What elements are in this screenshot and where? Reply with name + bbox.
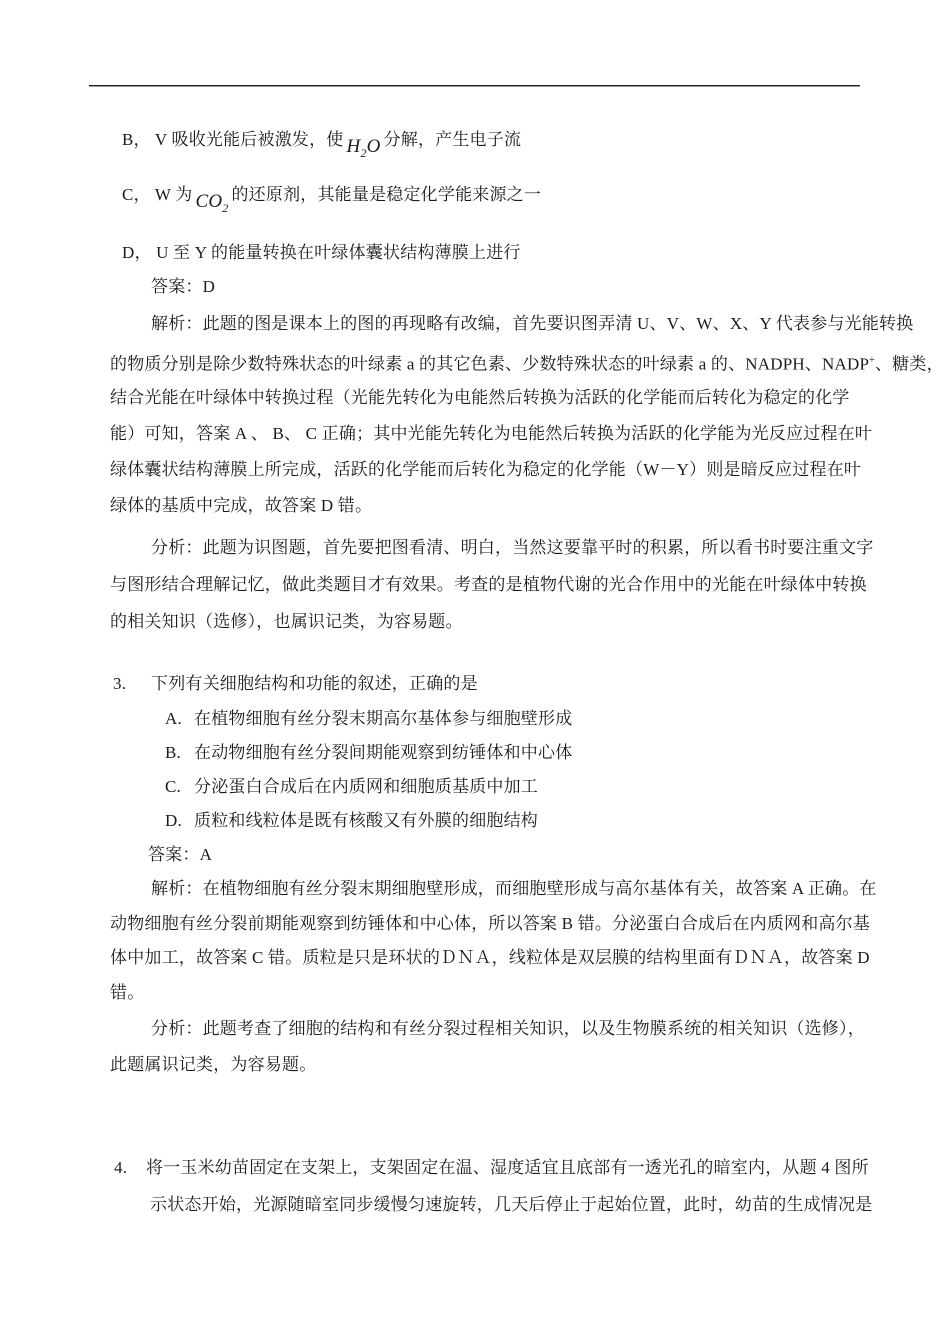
- analysis-text: 解析：在植物细胞有丝分裂末期细胞壁形成，而细胞壁形成与高尔基体有关，故答案 A …: [151, 879, 877, 898]
- option-text: 分泌蛋白合成后在内质网和细胞质基质中加工: [194, 777, 538, 796]
- option-text: 在植物细胞有丝分裂末期高尔基体参与细胞壁形成: [194, 709, 572, 728]
- comment-text: 分析：此题考查了细胞的结构和有丝分裂过程相关知识，以及生物膜系统的相关知识（选修…: [151, 1019, 865, 1038]
- question-number: 3.: [113, 674, 151, 694]
- option-b-text-pre: B， V 吸收光能后被激发，使: [122, 130, 344, 149]
- q2-analysis-line-6: 绿体的基质中完成，故答案 D 错。: [110, 496, 372, 516]
- analysis-text: 绿体的基质中完成，故答案 D 错。: [110, 496, 372, 515]
- analysis-text: 绿体囊状结构薄膜上所完成，活跃的化学能而后转化为稳定的化学能（W－Y）则是暗反应…: [110, 460, 861, 479]
- question-number: 4.: [114, 1158, 146, 1178]
- q3-analysis-line-3: 体中加工，故答案 C 错。质粒是只是环状的ＤＮＡ，线粒体是双层膜的结构里面有ＤＮ…: [110, 948, 870, 968]
- q3-answer-line: 答案：A: [148, 845, 212, 865]
- option-b-text-post: 分解，产生电子流: [384, 130, 522, 149]
- formula-base: CO: [195, 191, 222, 212]
- q4-stem-line-2: 示状态开始，光源随暗室同步缓慢匀速旋转，几天后停止于起始位置，此时，幼苗的生成情…: [150, 1195, 872, 1215]
- answer-label: 答案：A: [148, 845, 212, 864]
- formula-base: H: [347, 136, 361, 157]
- header-rule: [89, 85, 860, 87]
- analysis-text: 的物质分别是除少数特殊状态的叶绿素 a 的其它色素、少数特殊状态的叶绿素 a 的…: [110, 355, 869, 374]
- q3-comment-line-2: 此题属识记类，为容易题。: [110, 1055, 316, 1075]
- q3-option-b-line: B.在动物细胞有丝分裂间期能观察到纺锤体和中心体: [165, 743, 572, 763]
- option-c-text-pre: C， W 为: [122, 185, 192, 204]
- option-label: B.: [165, 743, 194, 763]
- comment-text: 的相关知识（选修），也属识记类，为容易题。: [110, 612, 463, 631]
- analysis-text: 错。: [110, 983, 144, 1002]
- option-label: C.: [165, 777, 194, 797]
- q4-stem-line-1: 4.将一玉米幼苗固定在支架上，支架固定在温、湿度适宜且底部有一透光孔的暗室内，从…: [114, 1158, 869, 1178]
- q2-comment-line-2: 与图形结合理解记忆，做此类题目才有效果。考查的是植物代谢的光合作用中的光能在叶绿…: [110, 575, 867, 595]
- q3-option-d-line: D.质粒和线粒体是既有核酸又有外膜的细胞结构: [165, 811, 538, 831]
- option-c-line: C， W 为CO2的还原剂，其能量是稳定化学能来源之一: [122, 185, 541, 211]
- q2-comment-line-1: 分析：此题为识图题，首先要把图看清、明白，当然这要靠平时的积累，所以看书时要注重…: [151, 538, 873, 558]
- q3-comment-line-1: 分析：此题考查了细胞的结构和有丝分裂过程相关知识，以及生物膜系统的相关知识（选修…: [151, 1019, 865, 1039]
- option-d-text: D， U 至 Y 的能量转换在叶绿体囊状结构薄膜上进行: [122, 243, 521, 262]
- analysis-text: 、糖类，: [875, 355, 944, 374]
- option-d-line: D， U 至 Y 的能量转换在叶绿体囊状结构薄膜上进行: [122, 243, 521, 263]
- q2-analysis-line-1: 解析：此题的图是课本上的图的再现略有改编，首先要识图弄清 U、V、W、X、Y 代…: [151, 314, 913, 334]
- q3-analysis-line-4: 错。: [110, 983, 144, 1003]
- q3-analysis-line-2: 动物细胞有丝分裂前期能观察到纺锤体和中心体，所以答案 B 错。分泌蛋白合成后在内…: [110, 914, 870, 934]
- q3-option-c-line: C.分泌蛋白合成后在内质网和细胞质基质中加工: [165, 777, 538, 797]
- option-text: 质粒和线粒体是既有核酸又有外膜的细胞结构: [194, 811, 538, 830]
- chem-formula-co2: CO2: [195, 191, 228, 212]
- analysis-text: 能）可知，答案 A 、 B、 C 正确；其中光能先转化为电能然后转换为活跃的化学…: [110, 424, 872, 443]
- q3-option-a-line: A.在植物细胞有丝分裂末期高尔基体参与细胞壁形成: [165, 709, 572, 729]
- analysis-text: 解析：此题的图是课本上的图的再现略有改编，首先要识图弄清 U、V、W、X、Y 代…: [151, 314, 913, 333]
- option-c-text-post: 的还原剂，其能量是稳定化学能来源之一: [231, 185, 541, 204]
- question-stem-text: 将一玉米幼苗固定在支架上，支架固定在温、湿度适宜且底部有一透光孔的暗室内，从题 …: [146, 1158, 869, 1177]
- question-stem-text: 下列有关细胞结构和功能的叙述，正确的是: [151, 674, 478, 693]
- formula-subscript: 2: [222, 201, 228, 215]
- comment-text: 分析：此题为识图题，首先要把图看清、明白，当然这要靠平时的积累，所以看书时要注重…: [151, 538, 873, 557]
- analysis-text: 动物细胞有丝分裂前期能观察到纺锤体和中心体，所以答案 B 错。分泌蛋白合成后在内…: [110, 914, 870, 933]
- chem-formula-h2o: H2O: [347, 136, 381, 157]
- q2-analysis-line-5: 绿体囊状结构薄膜上所完成，活跃的化学能而后转化为稳定的化学能（W－Y）则是暗反应…: [110, 460, 861, 480]
- question-stem-text: 示状态开始，光源随暗室同步缓慢匀速旋转，几天后停止于起始位置，此时，幼苗的生成情…: [150, 1195, 872, 1214]
- option-b-line: B， V 吸收光能后被激发，使H2O分解，产生电子流: [122, 130, 521, 156]
- q2-comment-line-3: 的相关知识（选修），也属识记类，为容易题。: [110, 612, 463, 632]
- q2-analysis-line-4: 能）可知，答案 A 、 B、 C 正确；其中光能先转化为电能然后转换为活跃的化学…: [110, 424, 872, 444]
- answer-label: 答案：D: [151, 277, 215, 296]
- q2-analysis-line-2: 的物质分别是除少数特殊状态的叶绿素 a 的其它色素、少数特殊状态的叶绿素 a 的…: [110, 351, 944, 375]
- analysis-text: 体中加工，故答案 C 错。质粒是只是环状的ＤＮＡ，线粒体是双层膜的结构里面有ＤＮ…: [110, 948, 870, 967]
- comment-text: 与图形结合理解记忆，做此类题目才有效果。考查的是植物代谢的光合作用中的光能在叶绿…: [110, 575, 867, 594]
- option-label: D.: [165, 811, 194, 831]
- q3-analysis-line-1: 解析：在植物细胞有丝分裂末期细胞壁形成，而细胞壁形成与高尔基体有关，故答案 A …: [151, 879, 877, 899]
- comment-text: 此题属识记类，为容易题。: [110, 1055, 316, 1074]
- analysis-text: 结合光能在叶绿体中转换过程（光能先转化为电能然后转换为活跃的化学能而后转化为稳定…: [110, 388, 850, 407]
- option-text: 在动物细胞有丝分裂间期能观察到纺锤体和中心体: [194, 743, 572, 762]
- q3-stem-line: 3.下列有关细胞结构和功能的叙述，正确的是: [113, 674, 478, 694]
- q2-answer-line: 答案：D: [151, 277, 215, 297]
- formula-base: O: [367, 136, 381, 157]
- q2-analysis-line-3: 结合光能在叶绿体中转换过程（光能先转化为电能然后转换为活跃的化学能而后转化为稳定…: [110, 388, 850, 408]
- option-label: A.: [165, 709, 194, 729]
- document-page: { "q2": { "optionB": { "pre": "B， V 吸收光能…: [0, 0, 950, 1344]
